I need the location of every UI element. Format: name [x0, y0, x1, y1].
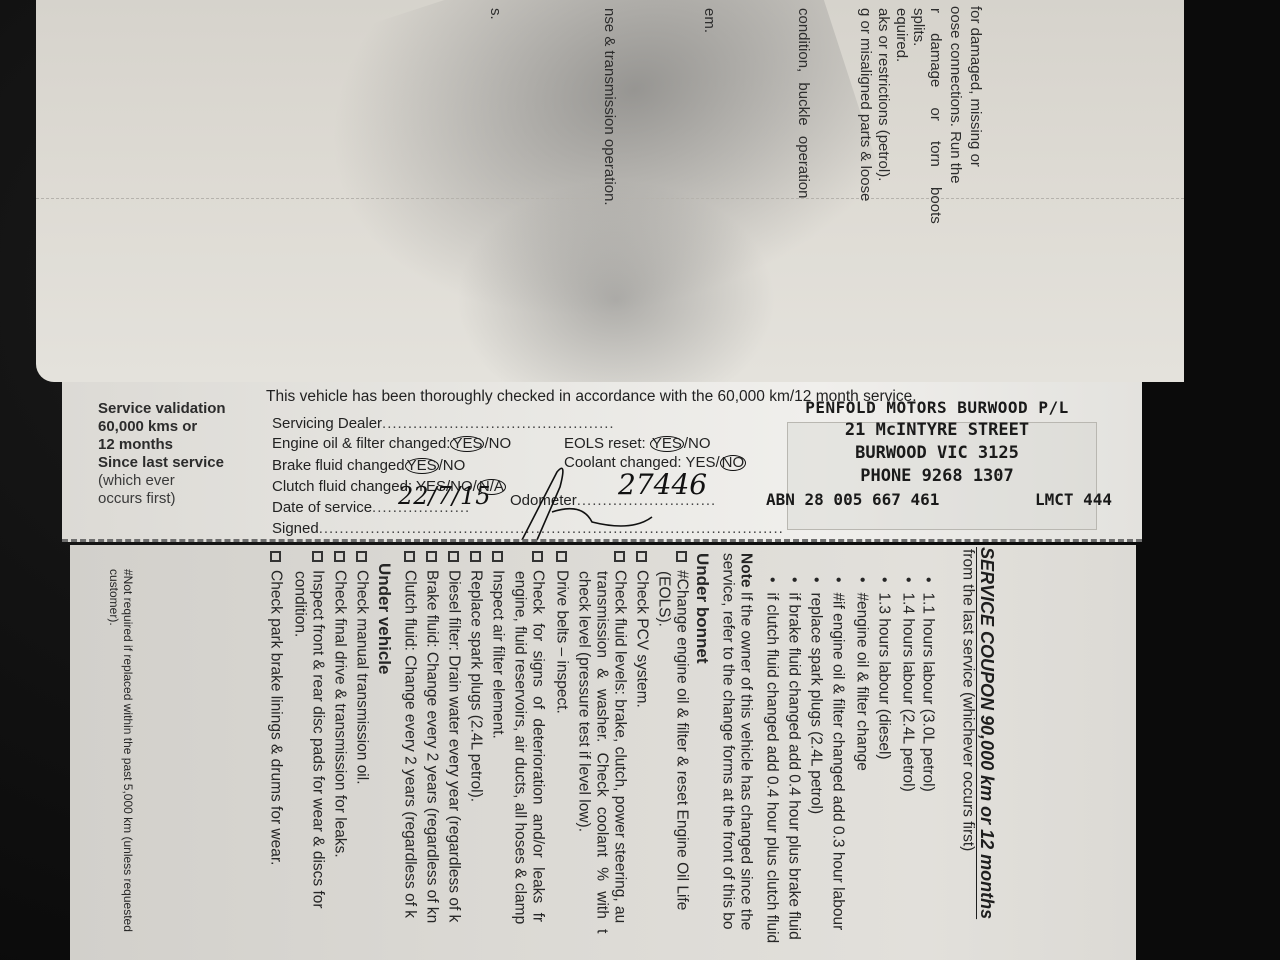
upper-text-line: splits. — [911, 8, 926, 46]
checklist-item-cont: condition. — [292, 571, 308, 637]
dealer-name: PENFOLD MOTORS BURWOOD P/L — [762, 396, 1112, 419]
upper-text-line: condition, buckle operation — [796, 8, 811, 198]
perforation-line — [62, 539, 1142, 542]
checkbox-icon — [448, 551, 459, 562]
checkbox-icon — [492, 551, 503, 562]
checkbox-icon — [404, 551, 415, 562]
under-vehicle-heading: Under vehicle — [376, 563, 393, 675]
dealer-suburb: BURWOOD VIC 3125 — [762, 442, 1112, 465]
checklist-item[interactable]: Check PCV system. — [634, 551, 650, 708]
upper-logbook-page: for damaged, missing or oose connections… — [36, 0, 1184, 382]
upper-text-line: equired. — [894, 8, 909, 62]
checklist-item[interactable]: Check manual transmission oil. — [354, 551, 370, 785]
upper-text-line: for damaged, missing or — [968, 6, 983, 167]
checklist-item-cont: (EOLS). — [656, 571, 672, 627]
service-coupon-page: SERVICE COUPON 90,000 km or 12 months fr… — [70, 545, 1136, 960]
labour-item: •if brake fluid changed add 0.4 hour plu… — [786, 577, 802, 940]
note-line: service, refer to the change forms at th… — [720, 553, 736, 930]
checkbox-icon — [532, 551, 543, 562]
labour-item: •1.1 hours labour (3.0L petrol) — [920, 577, 936, 792]
upper-text-line: r damage or torn boots — [928, 8, 943, 224]
note-line: Note If the owner of this vehicle has ch… — [738, 553, 754, 930]
checklist-item[interactable]: Check for signs of deterioration and/or … — [530, 551, 546, 922]
hand-shadow — [456, 180, 776, 382]
dealer-street: 21 McINTYRE STREET — [762, 419, 1112, 442]
checklist-item[interactable]: Check fluid levels: brake, clutch, power… — [612, 551, 628, 923]
eols-reset-field: EOLS reset: YES/NO — [564, 435, 711, 452]
checkbox-icon — [334, 551, 345, 562]
engine-oil-yes-circled: YES — [450, 436, 484, 452]
labour-item: •1.3 hours labour (diesel) — [876, 577, 892, 760]
checklist-item-cont: check level (pressure test if level low)… — [576, 571, 592, 832]
under-bonnet-heading: Under bonnet — [694, 553, 711, 664]
dealer-abn: ABN 28 005 667 461 — [766, 488, 939, 511]
checklist-item[interactable]: Diesel filter: Drain water every year (r… — [446, 551, 462, 922]
signature-scribble — [482, 462, 662, 542]
service-validation-section: Service validation 60,000 kms or 12 mont… — [62, 382, 1142, 542]
brake-fluid-field: Brake fluid changedYES/NO — [272, 457, 465, 474]
checkbox-icon — [676, 551, 687, 562]
checklist-item[interactable]: #Change engine oil & filter & reset Engi… — [674, 551, 690, 910]
checklist-item[interactable]: Drive belts – inspect. — [554, 551, 570, 714]
coolant-no-circled: NO — [720, 455, 747, 471]
upper-text-line: oose connections. Run the — [948, 6, 963, 184]
checkbox-icon — [470, 551, 481, 562]
eols-yes-circled: YES — [650, 436, 684, 452]
upper-text-line: aks or restrictions (petrol). — [876, 8, 891, 181]
upper-text-line: g or misaligned parts & loose — [858, 8, 873, 201]
servicing-dealer-field: Servicing Dealer........................… — [272, 415, 615, 432]
dealer-abn-row: ABN 28 005 667 461 LMCT 444 — [762, 488, 1112, 511]
checklist-item[interactable]: Check final drive & transmission for lea… — [332, 551, 348, 858]
checklist-item[interactable]: Clutch fluid: Change every 2 years (rega… — [402, 551, 418, 918]
labour-item: •if clutch fluid changed add 0.4 hour pl… — [764, 577, 780, 943]
engine-oil-field: Engine oil & filter changed:YES/NO — [272, 435, 511, 452]
checkbox-icon — [556, 551, 567, 562]
coupon-subtitle: from the last service (whichever occurs … — [960, 549, 976, 851]
checkbox-icon — [312, 551, 323, 562]
labour-item: •1.4 hours labour (2.4L petrol) — [900, 577, 916, 792]
checklist-item[interactable]: Inspect air filter element. — [490, 551, 506, 739]
checkbox-icon — [426, 551, 437, 562]
checkbox-icon — [636, 551, 647, 562]
labour-item: •replace spark plugs (2.4L petrol) — [808, 577, 824, 814]
checklist-item[interactable]: Replace spark plugs (2.4L petrol). — [468, 551, 484, 802]
checkbox-icon — [614, 551, 625, 562]
dealer-stamp: PENFOLD MOTORS BURWOOD P/L 21 McINTYRE S… — [762, 396, 1112, 511]
checklist-item-cont: transmission & washer. Check coolant % w… — [594, 571, 610, 933]
footnote: #Not required if replaced within the pas… — [122, 569, 134, 932]
validation-heading: Service validation 60,000 kms or 12 mont… — [98, 400, 258, 508]
upper-text-line: s. — [488, 8, 503, 20]
upper-text-line: em. — [702, 8, 717, 33]
checkbox-icon — [356, 551, 367, 562]
checklist-item[interactable]: Check park brake linings & drums for wea… — [268, 551, 284, 865]
labour-item: •#engine oil & filter change — [854, 577, 870, 771]
date-handwritten: 22/7/15 — [398, 482, 491, 510]
checklist-item[interactable]: Inspect front & rear disc pads for wear … — [310, 551, 326, 909]
dealer-lmct: LMCT 444 — [1035, 488, 1112, 511]
coupon-title: SERVICE COUPON 90,000 km or 12 months — [978, 547, 996, 919]
checklist-item-cont: engine, fluid reservoirs, air ducts, all… — [512, 571, 528, 924]
footnote: customer). — [108, 569, 120, 626]
checkbox-icon — [270, 551, 281, 562]
dealer-phone: PHONE 9268 1307 — [762, 465, 1112, 488]
checklist-item[interactable]: Brake fluid: Change every 2 years (regar… — [424, 551, 440, 923]
upper-text-line: nse & transmission operation. — [602, 8, 617, 206]
brake-yes-circled: YES — [405, 458, 439, 474]
labour-item: •#if engine oil & filter changed add 0.3… — [830, 577, 846, 930]
